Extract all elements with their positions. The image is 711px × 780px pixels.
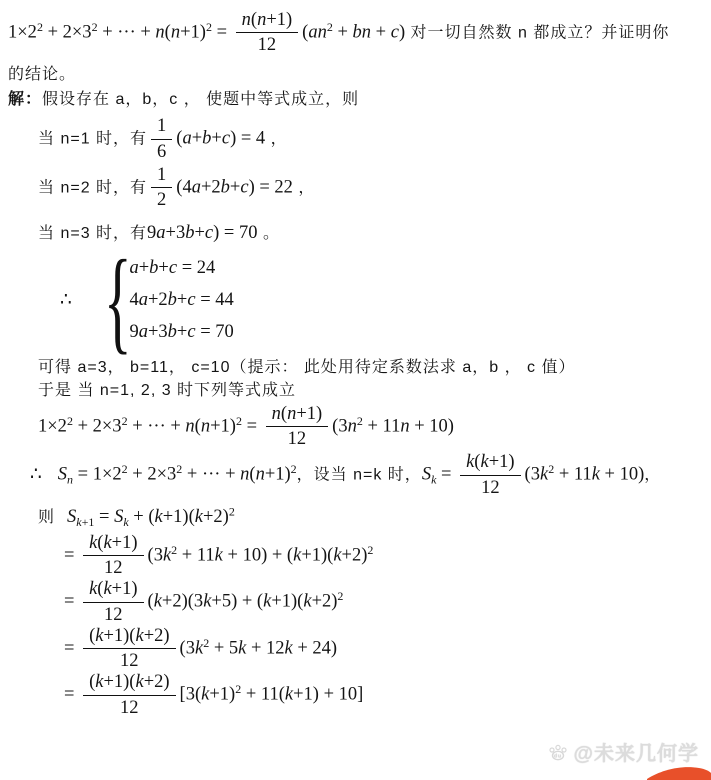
seg-m: (3k [180, 638, 204, 658]
seg-sup: 2 [367, 543, 373, 557]
seg-m: = [64, 592, 79, 612]
solution-intro: 解：假设存在 a，b，c ， 使题中等式成立，则 [0, 90, 711, 110]
seg-m: + ··· + n(n+1) [128, 416, 236, 436]
brace-icon: { [104, 255, 132, 348]
seg-m: = [212, 22, 232, 42]
seg-m: ∴ [60, 290, 72, 310]
seg-m: + 11k + 10) + (k+1)(k+2) [177, 545, 367, 565]
seg-frac: (k+1)(k+2)12 [83, 626, 175, 672]
seg-t: ， [293, 179, 315, 196]
system-equation: a+b+c = 24 [129, 253, 233, 285]
seg-t: 的结论。 [8, 66, 76, 83]
seg-m: (4a+2b+c) = 22 [176, 177, 293, 197]
seg-m: + 2×3 [43, 22, 92, 42]
seg-m: + bn + c) [333, 22, 405, 42]
seg-m: 1×2 [38, 416, 67, 436]
seg-m: = [242, 416, 262, 436]
seg-t: ， [644, 467, 661, 484]
seg-m: + ··· + n(n+1) [182, 465, 290, 485]
seg-frac: n(n+1)12 [236, 10, 299, 56]
seg-m: (3n [332, 416, 357, 436]
seg-frac: n(n+1)12 [266, 404, 329, 450]
system-equation: 4a+2b+c = 44 [129, 285, 233, 317]
seg-m: + 11n + 10) [363, 416, 454, 436]
seg-frac: 12 [151, 165, 172, 211]
seg-m: S [67, 507, 76, 527]
case-n2: 当 n=2 时，有12(4a+2b+c) = 22 ， [0, 165, 711, 211]
seg-m: + 11(k+1) + 10] [241, 685, 363, 705]
seg-m: (a+b+c) = 4 [176, 129, 265, 149]
seg-m: + 11k + 10) [554, 465, 644, 485]
seg-frac: k(k+1)12 [460, 452, 520, 498]
seg-m: + 2×3 [73, 416, 122, 436]
seg-frac: 16 [151, 116, 172, 162]
seg-m: 9a+3b+c) = 70 [147, 223, 257, 243]
verified-formula: 1×22 + 2×32 + ··· + n(n+1)2 = n(n+1)12(3… [0, 404, 711, 450]
paw-icon-text: du [554, 753, 562, 759]
seg-t: 则 [38, 509, 55, 526]
watermark-text: @未来几何学 [573, 737, 699, 766]
problem-statement-line-1: 1×22 + 2×32 + ··· + n(n+1)2 = n(n+1)12(a… [0, 10, 711, 56]
seg-m: = S [94, 507, 123, 527]
document-body: 1×22 + 2×32 + ··· + n(n+1)2 = n(n+1)12(a… [0, 0, 711, 719]
system-equation: 9a+3b+c = 70 [129, 317, 233, 349]
seg-m: + 2×3 [128, 465, 177, 485]
corner-swoosh-shape [647, 767, 711, 780]
problem-statement-line-2: 的结论。 [0, 65, 711, 85]
derivation-step-1: = k(k+1)12(3k2 + 11k + 10) + (k+1)(k+2)2 [0, 533, 711, 579]
seg-m: S [58, 465, 67, 485]
seg-m: + 5k + 12k + 24) [209, 638, 337, 658]
seg-stack: {a+b+c = 244a+2b+c = 449a+3b+c = 70 [102, 253, 234, 348]
seg-t: 对一切自然数 n 都成立？并证明你 [405, 24, 669, 41]
seg-sup: 2 [229, 505, 235, 519]
seg-t: 。 [258, 225, 280, 242]
seg-m: 1×2 [8, 22, 37, 42]
derivation-step-2: = k(k+1)12(k+2)(3k+5) + (k+1)(k+2)2 [0, 579, 711, 625]
seg-t: ， [265, 131, 287, 148]
seg-m: + (k+1)(k+2) [129, 507, 229, 527]
seg-m: = [64, 638, 79, 658]
seg-t: 当 n=2 时，有 [38, 179, 147, 196]
seg-frac: (k+1)(k+2)12 [83, 672, 175, 718]
seg-m: + ··· + n(n+1) [98, 22, 206, 42]
seg-sup: 2 [337, 590, 343, 604]
induction-hypothesis: ∴Sn = 1×22 + 2×32 + ··· + n(n+1)2，设当 n=k… [0, 452, 711, 498]
seg-m: [3(k+1) [180, 685, 236, 705]
seg-m: S [422, 465, 431, 485]
equation-system: ∴{a+b+c = 244a+2b+c = 449a+3b+c = 70 [0, 253, 711, 348]
corner-swoosh-graphic [647, 765, 711, 780]
seg-m: ∴ [30, 465, 42, 485]
seg-frac: k(k+1)12 [83, 579, 143, 625]
seg-m: (an [302, 22, 327, 42]
seg-t: 于是 当 n=1, 2, 3 时下列等式成立 [38, 382, 296, 399]
seg-m: (3k [525, 465, 549, 485]
seg-m: = [64, 685, 79, 705]
seg-m: = [64, 545, 79, 565]
paw-icon: du [548, 742, 568, 762]
induction-step: 则Sk+1 = Sk + (k+1)(k+2)2 [0, 506, 711, 529]
derivation-step-4: = (k+1)(k+2)12[3(k+1)2 + 11(k+1) + 10] [0, 672, 711, 718]
seg-t: 假设存在 a，b，c ， 使题中等式成立，则 [42, 91, 359, 108]
seg-frac: k(k+1)12 [83, 533, 143, 579]
seg-m: (k+2)(3k+5) + (k+1)(k+2) [148, 592, 338, 612]
seg-t: 当 n=1 时，有 [38, 131, 147, 148]
seg-t: ，设当 n=k 时， [297, 467, 422, 484]
seg-sub: k+1 [76, 515, 94, 529]
watermark: du @未来几何学 [548, 737, 699, 766]
seg-b: 解： [8, 91, 42, 108]
seg-m: (3k [148, 545, 172, 565]
seg-m: = [436, 465, 456, 485]
seg-m: = 1×2 [73, 465, 122, 485]
derivation-step-3: = (k+1)(k+2)12(3k2 + 5k + 12k + 24) [0, 626, 711, 672]
case-n1: 当 n=1 时，有16(a+b+c) = 4 ， [0, 116, 711, 162]
thus-statement: 于是 当 n=1, 2, 3 时下列等式成立 [0, 381, 711, 401]
